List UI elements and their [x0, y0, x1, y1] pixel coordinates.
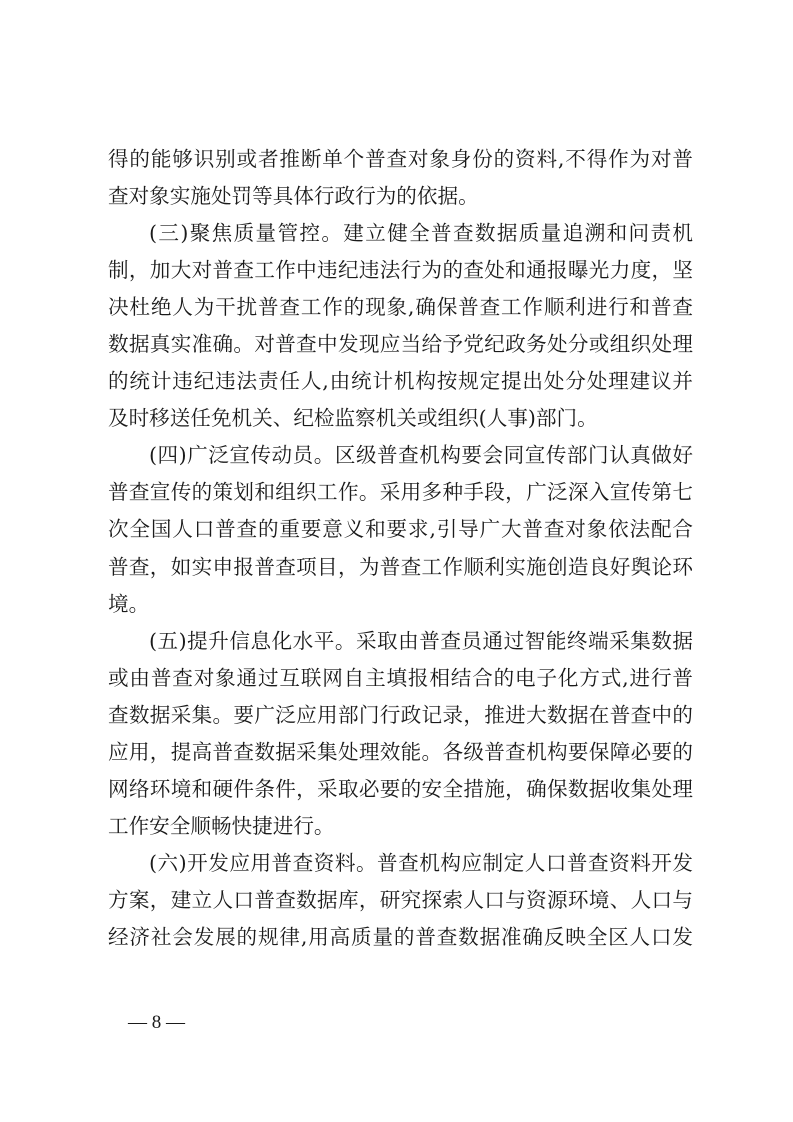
text-line: 应用，提高普查数据采集处理效能。各级普查机构要保障必要的	[108, 734, 693, 771]
paragraph-heading-line: (三)聚焦质量管控。建立健全普查数据质量追溯和问责机	[108, 215, 693, 252]
page-number: — 8 —	[128, 1008, 185, 1038]
text-line: 数据真实准确。对普查中发现应当给予党纪政务处分或组织处理	[108, 326, 693, 363]
paragraph-heading-line: (六)开发应用普查资料。普查机构应制定人口普查资料开发	[108, 845, 693, 882]
text-line: 制，加大对普查工作中违纪违法行为的查处和通报曝光力度，坚	[108, 252, 693, 289]
text-line: 网络环境和硬件条件，采取必要的安全措施，确保数据收集处理	[108, 771, 693, 808]
text-line: 及时移送任免机关、纪检监察机关或组织(人事)部门。	[108, 400, 693, 437]
paragraph-heading-line: (五)提升信息化水平。采取由普查员通过智能终端采集数据	[108, 623, 693, 660]
body-text: 得的能够识别或者推断单个普查对象身份的资料,不得作为对普查对象实施处罚等具体行政…	[108, 141, 693, 956]
text-line: 境。	[108, 586, 693, 623]
text-line: 查对象实施处罚等具体行政行为的依据。	[108, 178, 693, 215]
text-line: 决杜绝人为干扰普查工作的现象,确保普查工作顺利进行和普查	[108, 289, 693, 326]
text-line: 方案，建立人口普查数据库，研究探索人口与资源环境、人口与	[108, 882, 693, 919]
text-line: 或由普查对象通过互联网自主填报相结合的电子化方式,进行普	[108, 660, 693, 697]
text-line: 的统计违纪违法责任人,由统计机构按规定提出处分处理建议并	[108, 363, 693, 400]
text-line: 次全国人口普查的重要意义和要求,引导广大普查对象依法配合	[108, 511, 693, 548]
document-page: 得的能够识别或者推断单个普查对象身份的资料,不得作为对普查对象实施处罚等具体行政…	[0, 0, 793, 1122]
text-line: 普查宣传的策划和组织工作。采用多种手段，广泛深入宣传第七	[108, 474, 693, 511]
paragraph-heading-line: (四)广泛宣传动员。区级普查机构要会同宣传部门认真做好	[108, 437, 693, 474]
text-line: 查数据采集。要广泛应用部门行政记录，推进大数据在普查中的	[108, 697, 693, 734]
text-line: 普查，如实申报普查项目，为普查工作顺利实施创造良好舆论环	[108, 549, 693, 586]
text-line: 经济社会发展的规律,用高质量的普查数据准确反映全区人口发	[108, 919, 693, 956]
text-line: 工作安全顺畅快捷进行。	[108, 808, 693, 845]
text-line: 得的能够识别或者推断单个普查对象身份的资料,不得作为对普	[108, 141, 693, 178]
